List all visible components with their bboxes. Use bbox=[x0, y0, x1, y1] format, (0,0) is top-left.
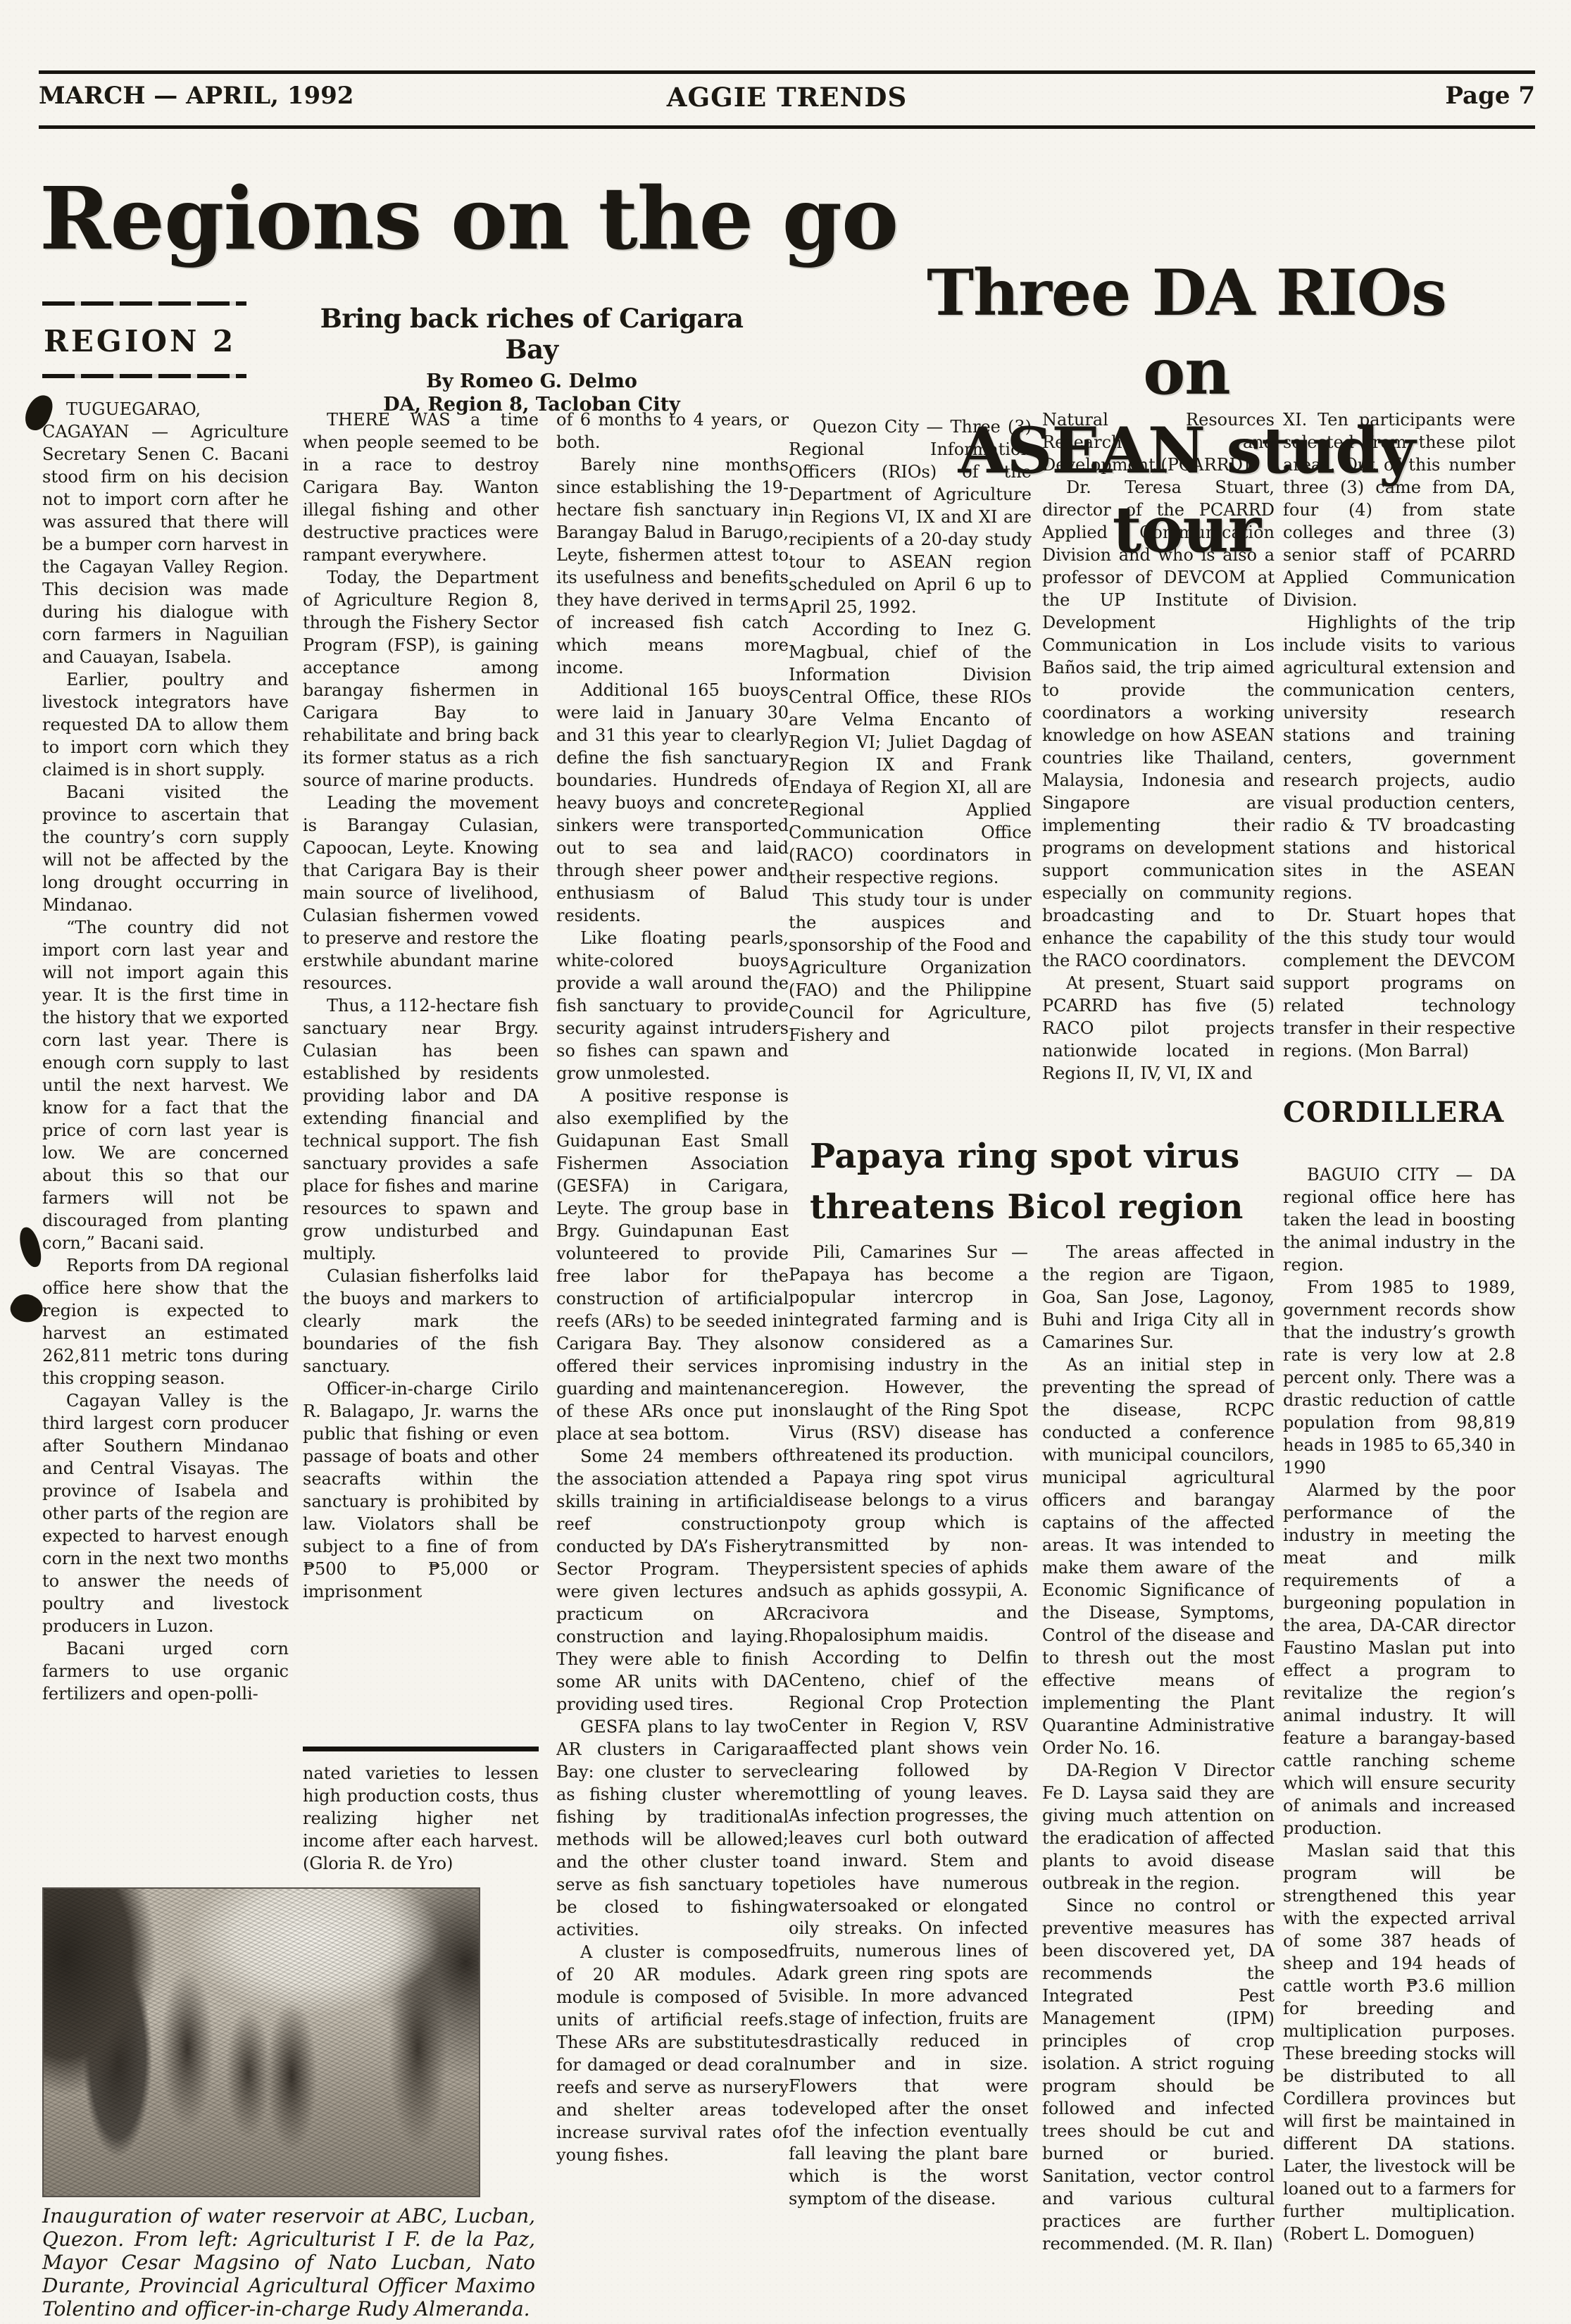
paragraph: Pili, Camarines Sur — Papaya has become … bbox=[789, 1241, 1028, 1466]
page-number: Page 7 bbox=[1445, 82, 1535, 110]
news-photo bbox=[42, 1887, 480, 2197]
paragraph: According to Inez G. Magbual, chief of t… bbox=[789, 618, 1032, 889]
paragraph: Natural Resources Research and Developme… bbox=[1042, 408, 1275, 476]
cordillera-kicker: CORDILLERA bbox=[1283, 1096, 1504, 1129]
cordillera-column: BAGUIO CITY — DA regional office here ha… bbox=[1283, 1163, 1515, 2285]
masthead: MARCH — APRIL, 1992 AGGIE TRENDS Page 7 bbox=[39, 82, 1535, 117]
papaya-headline: Papaya ring spot virus threatens Bicol r… bbox=[810, 1131, 1275, 1232]
main-headline: Regions on the go bbox=[39, 168, 898, 269]
paragraph: Cagayan Valley is the third largest corn… bbox=[42, 1389, 289, 1637]
paragraph: Leading the movement is Barangay Culasia… bbox=[303, 792, 539, 994]
paragraph: Thus, a 112-hectare fish sanctuary near … bbox=[303, 994, 539, 1265]
papaya-column-1: Pili, Camarines Sur — Papaya has become … bbox=[789, 1241, 1028, 2299]
carigara-story-header: Bring back riches of Carigara Bay By Rom… bbox=[303, 303, 761, 416]
photo-caption: Inauguration of water reservoir at ABC, … bbox=[42, 2204, 535, 2320]
paragraph: According to Delfin Centeno, chief of th… bbox=[789, 1647, 1028, 2210]
paragraph: nated varieties to lessen high productio… bbox=[303, 1762, 539, 1875]
paragraph: “The country did not import corn last ye… bbox=[42, 916, 289, 1254]
paragraph: Bacani urged corn farmers to use organic… bbox=[42, 1637, 289, 1705]
asean-column-1: Quezon City — Three (3) Regional Informa… bbox=[789, 416, 1032, 1128]
papaya-column-2: The areas affected in the region are Tig… bbox=[1042, 1241, 1275, 2270]
paragraph: Earlier, poultry and livestock integrato… bbox=[42, 668, 289, 781]
region2-column: TUGUEGARAO, CAGAYAN — Agriculture Secret… bbox=[42, 398, 289, 1877]
papaya-headline-line2: threatens Bicol region bbox=[810, 1182, 1275, 1232]
papaya-headline-line1: Papaya ring spot virus bbox=[810, 1131, 1275, 1182]
paragraph: Today, the Department of Agriculture Reg… bbox=[303, 566, 539, 792]
ink-blot bbox=[17, 1225, 43, 1269]
carigara-byline: By Romeo G. Delmo bbox=[303, 370, 761, 392]
paragraph: Reports from DA regional office here sho… bbox=[42, 1254, 289, 1389]
masthead-rule bbox=[39, 125, 1535, 129]
carigara-headline: Bring back riches of Carigara Bay bbox=[303, 303, 761, 365]
paragraph: Additional 165 buoys were laid in Januar… bbox=[556, 679, 789, 927]
kicker-rule-bottom bbox=[42, 374, 246, 378]
paragraph: TUGUEGARAO, CAGAYAN — Agriculture Secret… bbox=[42, 398, 289, 668]
paragraph: Dr. Stuart hopes that the this study tou… bbox=[1283, 904, 1515, 1062]
paragraph: As an initial step in preventing the spr… bbox=[1042, 1354, 1275, 1759]
paragraph: XI. Ten participants were selected from … bbox=[1283, 408, 1515, 611]
paragraph: Papaya ring spot virus disease belongs t… bbox=[789, 1466, 1028, 1647]
publication-title: AGGIE TRENDS bbox=[39, 82, 1535, 113]
carigara-column-1: THERE WAS a time when people seemed to b… bbox=[303, 408, 539, 1739]
paragraph: Alarmed by the poor performance of the i… bbox=[1283, 1479, 1515, 1839]
paragraph: THERE WAS a time when people seemed to b… bbox=[303, 408, 539, 566]
paragraph: DA-Region V Director Fe D. Laysa said th… bbox=[1042, 1759, 1275, 1894]
paragraph: Officer-in-charge Cirilo R. Balagapo, Jr… bbox=[303, 1377, 539, 1603]
paragraph: of 6 months to 4 years, or both. bbox=[556, 408, 789, 454]
paragraph: At present, Stuart said PCARRD has five … bbox=[1042, 972, 1275, 1085]
paragraph: The areas affected in the region are Tig… bbox=[1042, 1241, 1275, 1354]
carigara-column-2: of 6 months to 4 years, or both.Barely n… bbox=[556, 408, 789, 2310]
paragraph: Like floating pearls, white-colored buoy… bbox=[556, 927, 789, 1085]
paragraph: Some 24 members of the association atten… bbox=[556, 1445, 789, 1716]
asean-column-2: Natural Resources Research and Developme… bbox=[1042, 408, 1275, 1128]
region2-runover-column: nated varieties to lessen high productio… bbox=[303, 1762, 539, 1883]
column-divider-rule bbox=[303, 1747, 539, 1751]
top-rule bbox=[39, 70, 1535, 74]
paragraph: A cluster is composed of 20 AR modules. … bbox=[556, 1941, 789, 2166]
paragraph: Barely nine months since establishing th… bbox=[556, 454, 789, 679]
region2-kicker: REGION 2 bbox=[42, 306, 246, 374]
paragraph: Since no control or preventive measures … bbox=[1042, 1894, 1275, 2255]
paragraph: Maslan said that this program will be st… bbox=[1283, 1839, 1515, 2245]
paragraph: Culasian fisherfolks laid the buoys and … bbox=[303, 1265, 539, 1377]
paragraph: Quezon City — Three (3) Regional Informa… bbox=[789, 416, 1032, 618]
paragraph: BAGUIO CITY — DA regional office here ha… bbox=[1283, 1163, 1515, 1276]
paragraph: GESFA plans to lay two AR clusters in Ca… bbox=[556, 1716, 789, 1941]
ink-blot bbox=[6, 1289, 47, 1329]
paragraph: From 1985 to 1989, government records sh… bbox=[1283, 1276, 1515, 1479]
paragraph: Bacani visited the province to ascertain… bbox=[42, 781, 289, 916]
paragraph: This study tour is under the auspices an… bbox=[789, 889, 1032, 1047]
paragraph: Highlights of the trip include visits to… bbox=[1283, 611, 1515, 904]
asean-column-3: XI. Ten participants were selected from … bbox=[1283, 408, 1515, 1090]
paragraph: Dr. Teresa Stuart, director of the PCARR… bbox=[1042, 476, 1275, 972]
asean-headline-line1: Three DA RIOs on bbox=[877, 254, 1496, 411]
region2-kicker-block: REGION 2 bbox=[42, 301, 246, 378]
paragraph: A positive response is also exemplified … bbox=[556, 1085, 789, 1445]
